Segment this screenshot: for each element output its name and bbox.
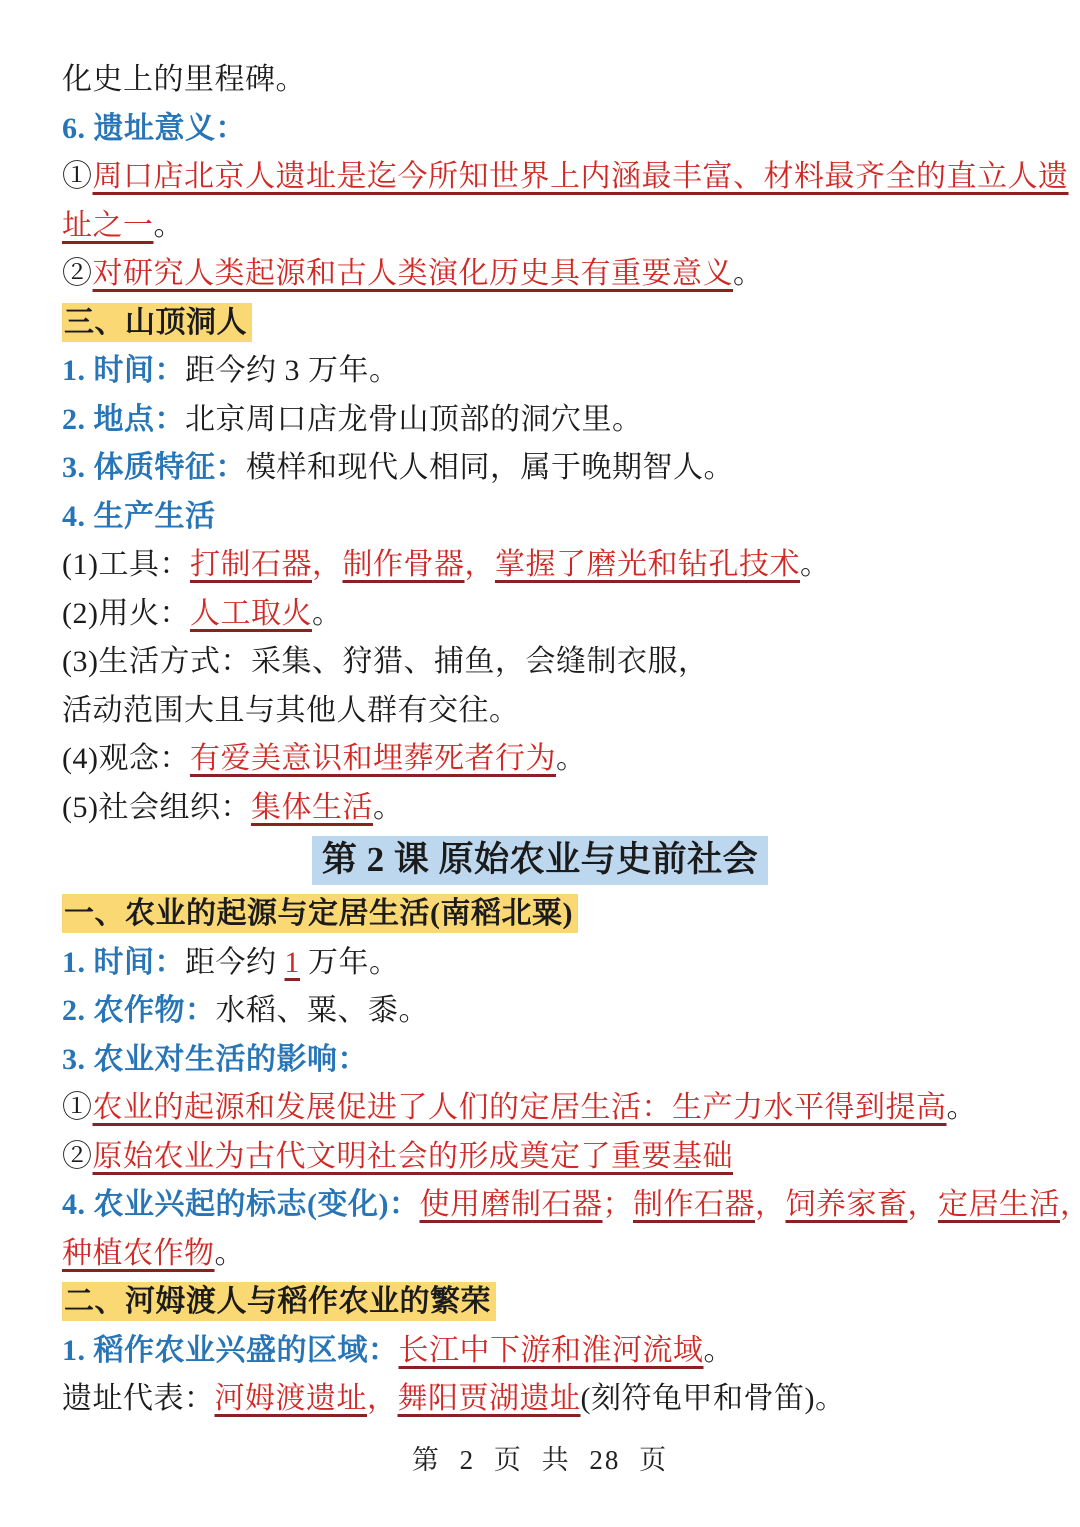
- text-segment-black: 北京周口店龙骨山顶部的洞穴里。: [185, 403, 643, 436]
- text-segment-redu: 种植农作物: [62, 1237, 215, 1270]
- text-line: 3. 农业对生活的影响：: [62, 1036, 1018, 1085]
- text-segment-black: ①: [62, 1091, 93, 1124]
- text-segment-black: ②: [62, 1140, 93, 1173]
- text-segment-hlb: 第 2 课 原始农业与史前社会: [312, 836, 768, 885]
- text-line: (4)观念：有爱美意识和埋葬死者行为。: [62, 735, 1018, 784]
- text-segment-black: 水稻、粟、黍。: [216, 994, 430, 1027]
- text-segment-red: ，: [755, 1188, 786, 1221]
- text-segment-blue: 2. 农作物：: [62, 994, 216, 1027]
- text-segment-redu: 址之一: [62, 209, 154, 242]
- text-segment-blue: 6. 遗址意义：: [62, 112, 246, 145]
- text-segment-black: 。: [800, 548, 831, 581]
- text-segment-redu: 对研究人类起源和古人类演化历史具有重要意义: [93, 257, 734, 290]
- text-segment-redu: 长江中下游和淮河流域: [399, 1334, 704, 1367]
- text-segment-redu: 人工取火: [190, 597, 312, 630]
- text-segment-black: 。: [373, 791, 404, 824]
- text-segment-black: (刻符龟甲和骨笛)。: [581, 1382, 846, 1415]
- text-segment-blue: 1. 时间：: [62, 354, 185, 387]
- text-line: (1)工具：打制石器，制作骨器，掌握了磨光和钻孔技术。: [62, 541, 1018, 590]
- text-line: 化史上的里程碑。: [62, 56, 1018, 105]
- text-segment-black: 距今约 3 万年。: [185, 354, 400, 387]
- text-segment-redu: 原始农业为古代文明社会的形成奠定了重要基础: [93, 1140, 734, 1173]
- section-heading-line: 一、农业的起源与定居生活(南稻北粟): [62, 890, 1018, 939]
- text-segment-hly: 一、农业的起源与定居生活(南稻北粟): [62, 894, 578, 933]
- text-segment-blue: 1. 稻作农业兴盛的区域：: [62, 1334, 399, 1367]
- text-segment-black: 化史上的里程碑。: [62, 63, 306, 96]
- text-line: 活动范围大且与其他人群有交往。: [62, 687, 1018, 736]
- text-segment-blue: 1. 时间：: [62, 946, 185, 979]
- text-segment-redu: 打制石器: [190, 548, 312, 581]
- text-line: 1. 时间：距今约 1 万年。: [62, 939, 1018, 988]
- text-segment-black: 。: [947, 1091, 978, 1124]
- text-segment-redu: 集体生活: [251, 791, 373, 824]
- text-line: 2. 地点：北京周口店龙骨山顶部的洞穴里。: [62, 396, 1018, 445]
- text-segment-redu: 舞阳贾湖遗址: [398, 1382, 581, 1415]
- text-segment-blue: 4. 生产生活: [62, 500, 216, 533]
- text-segment-black: (2)用火：: [62, 597, 190, 630]
- text-segment-red: ，: [464, 548, 495, 581]
- text-segment-hly: 二、河姆渡人与稻作农业的繁荣: [62, 1282, 496, 1321]
- text-segment-redu: 1: [285, 946, 301, 979]
- section-heading-line: 三、山顶洞人: [62, 299, 1018, 348]
- document-body: 化史上的里程碑。6. 遗址意义：①周口店北京人遗址是迄今所知世界上内涵最丰富、材…: [62, 56, 1018, 1424]
- text-line: ①农业的起源和发展促进了人们的定居生活：生产力水平得到提高。: [62, 1084, 1018, 1133]
- text-segment-blue: 2. 地点：: [62, 403, 185, 436]
- text-line: 2. 农作物：水稻、粟、黍。: [62, 987, 1018, 1036]
- text-line: 址之一。: [62, 202, 1018, 251]
- text-segment-black: 。: [312, 597, 343, 630]
- text-segment-black: 。: [733, 257, 764, 290]
- text-segment-red: ；: [602, 1188, 633, 1221]
- text-segment-black: ①: [62, 160, 93, 193]
- text-segment-redu: 使用磨制石器: [419, 1188, 602, 1221]
- text-segment-red: ，: [907, 1188, 938, 1221]
- page-footer: 第 2 页 共 28 页: [62, 1438, 1018, 1477]
- text-line: (2)用火：人工取火。: [62, 590, 1018, 639]
- text-segment-black: 。: [556, 742, 587, 775]
- text-line: 1. 时间：距今约 3 万年。: [62, 347, 1018, 396]
- lesson-title-line: 第 2 课 原始农业与史前社会: [62, 832, 1018, 890]
- section-heading-line: 二、河姆渡人与稻作农业的繁荣: [62, 1278, 1018, 1327]
- text-segment-black: (4)观念：: [62, 742, 190, 775]
- text-segment-black: (5)社会组织：: [62, 791, 251, 824]
- text-segment-red: ，: [1060, 1188, 1080, 1221]
- document-page: 化史上的里程碑。6. 遗址意义：①周口店北京人遗址是迄今所知世界上内涵最丰富、材…: [0, 0, 1080, 1527]
- text-line: ②原始农业为古代文明社会的形成奠定了重要基础: [62, 1133, 1018, 1182]
- text-segment-black: (1)工具：: [62, 548, 190, 581]
- text-segment-redu: 饲养家畜: [785, 1188, 907, 1221]
- text-segment-redu: 河姆渡遗址: [215, 1382, 368, 1415]
- text-segment-black: (3)生活方式：采集、狩猎、捕鱼，会缝制衣服，: [62, 645, 708, 678]
- text-segment-black: 。: [154, 209, 185, 242]
- text-line: 6. 遗址意义：: [62, 105, 1018, 154]
- text-segment-redu: 定居生活: [938, 1188, 1060, 1221]
- text-line: (5)社会组织：集体生活。: [62, 784, 1018, 833]
- text-segment-blue: 3. 体质特征：: [62, 451, 246, 484]
- text-segment-black: 距今约: [185, 946, 285, 979]
- text-line: (3)生活方式：采集、狩猎、捕鱼，会缝制衣服，: [62, 638, 1018, 687]
- text-segment-black: 模样和现代人相同，属于晚期智人。: [246, 451, 734, 484]
- text-segment-redu: 制作石器: [633, 1188, 755, 1221]
- text-segment-red: ，: [367, 1382, 398, 1415]
- text-segment-black: 。: [704, 1334, 735, 1367]
- text-line: 3. 体质特征：模样和现代人相同，属于晚期智人。: [62, 444, 1018, 493]
- text-line: 遗址代表：河姆渡遗址，舞阳贾湖遗址(刻符龟甲和骨笛)。: [62, 1375, 1018, 1424]
- text-segment-redu: 有爱美意识和埋葬死者行为: [190, 742, 556, 775]
- text-segment-black: 遗址代表：: [62, 1382, 215, 1415]
- text-segment-redu: 制作骨器: [342, 548, 464, 581]
- text-segment-redu: 农业的起源和发展促进了人们的定居生活：生产力水平得到提高: [93, 1091, 947, 1124]
- text-line: ②对研究人类起源和古人类演化历史具有重要意义。: [62, 250, 1018, 299]
- text-segment-black: ②: [62, 257, 93, 290]
- text-line: 4. 生产生活: [62, 493, 1018, 542]
- text-line: 4. 农业兴起的标志(变化)：使用磨制石器；制作石器，饲养家畜，定居生活，: [62, 1181, 1018, 1230]
- text-segment-hly: 三、山顶洞人: [62, 303, 252, 342]
- text-segment-redu: 周口店北京人遗址是迄今所知世界上内涵最丰富、材料最齐全的直立人遗: [93, 160, 1069, 193]
- text-segment-black: 万年。: [300, 946, 400, 979]
- text-line: 种植农作物。: [62, 1230, 1018, 1279]
- text-segment-blue: 3. 农业对生活的影响：: [62, 1043, 368, 1076]
- text-segment-redu: 掌握了磨光和钻孔技术: [495, 548, 800, 581]
- text-line: 1. 稻作农业兴盛的区域：长江中下游和淮河流域。: [62, 1327, 1018, 1376]
- text-segment-black: 活动范围大且与其他人群有交往。: [62, 694, 520, 727]
- text-segment-blue: 4. 农业兴起的标志(变化)：: [62, 1188, 419, 1221]
- text-segment-black: 。: [215, 1237, 246, 1270]
- text-segment-red: ，: [312, 548, 343, 581]
- text-line: ①周口店北京人遗址是迄今所知世界上内涵最丰富、材料最齐全的直立人遗: [62, 153, 1018, 202]
